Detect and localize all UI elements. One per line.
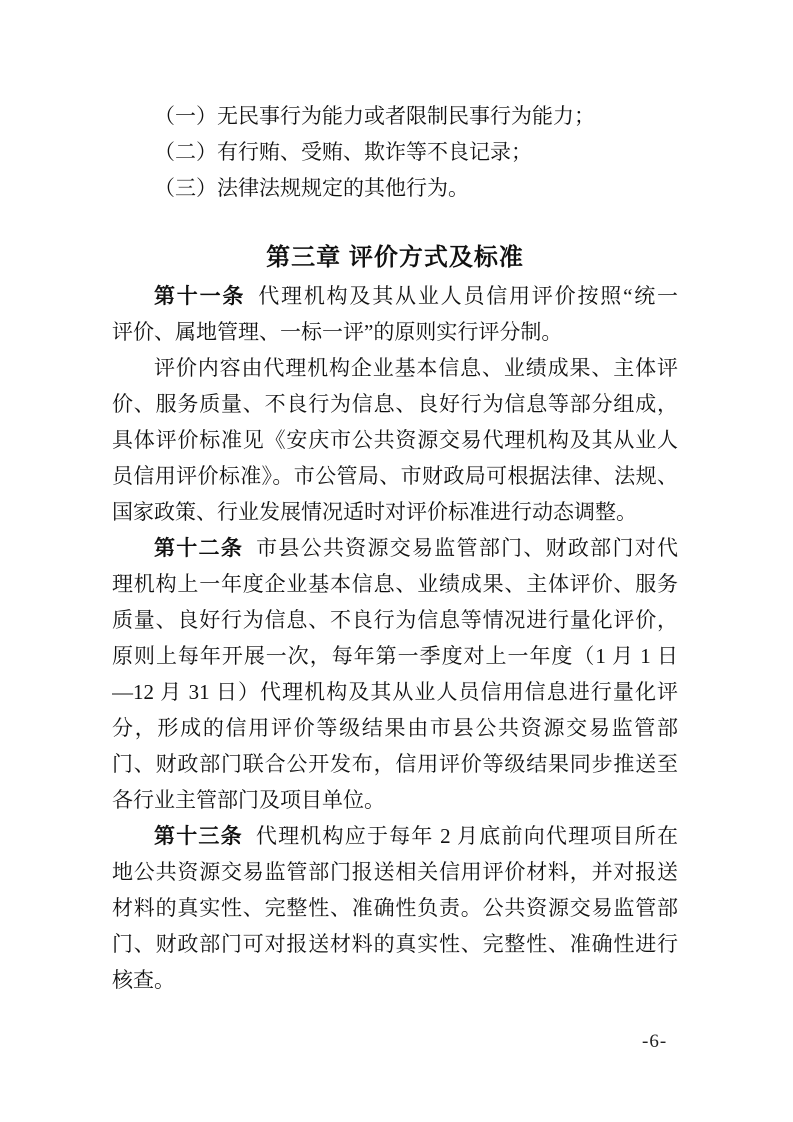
text-line: —12 月 31 日）代理机构及其从业人员信用信息进行量化评 [112, 674, 678, 710]
text-line: 国家政策、行业发展情况适时对评价标准进行动态调整。 [112, 494, 678, 530]
body-text: 理机构上一年度企业基本信息、业绩成果、主体评价、服务 [112, 572, 678, 596]
clause-line: （二）有行贿、受贿、欺诈等不良记录； [112, 134, 678, 170]
page-number: -6- [642, 1031, 667, 1053]
text-line: 地公共资源交易监管部门报送相关信用评价材料，并对报送 [112, 854, 678, 890]
text-line: 员信用评价标准》。市公管局、市财政局可根据法律、法规、 [112, 458, 678, 494]
text-line: 具体评价标准见《安庆市公共资源交易代理机构及其从业人 [112, 422, 678, 458]
body-text: 地公共资源交易监管部门报送相关信用评价材料，并对报送 [112, 860, 678, 884]
text-line: 价、服务质量、不良行为信息、良好行为信息等部分组成， [112, 386, 678, 422]
body-text: 评价、属地管理、一标一评”的原则实行评分制。 [112, 320, 562, 344]
body-text: 国家政策、行业发展情况适时对评价标准进行动态调整。 [112, 500, 637, 524]
document-body: （一）无民事行为能力或者限制民事行为能力； （二）有行贿、受贿、欺诈等不良记录；… [112, 98, 678, 998]
body-text: 各行业主管部门及项目单位。 [112, 788, 385, 812]
text-line: 核查。 [112, 962, 678, 998]
body-text: 具体评价标准见《安庆市公共资源交易代理机构及其从业人 [112, 428, 678, 452]
text-line: 理机构上一年度企业基本信息、业绩成果、主体评价、服务 [112, 566, 678, 602]
body-text: 门、财政部门可对报送材料的真实性、完整性、准确性进行 [112, 932, 678, 956]
body-text: 代理机构应于每年 2 月底前向代理项目所在 [256, 824, 678, 848]
clause-text: （二）有行贿、受贿、欺诈等不良记录； [154, 140, 532, 164]
text-line: 评价、属地管理、一标一评”的原则实行评分制。 [112, 314, 678, 350]
body-text: 材料的真实性、完整性、准确性负责。公共资源交易监管部 [112, 896, 678, 920]
text-line: 质量、良好行为信息、不良行为信息等情况进行量化评价， [112, 602, 678, 638]
clause-text: （一）无民事行为能力或者限制民事行为能力； [154, 104, 595, 128]
article-number: 第十二条 [154, 537, 243, 560]
body-text: 分，形成的信用评价等级结果由市县公共资源交易监管部 [112, 716, 678, 740]
text-line: 各行业主管部门及项目单位。 [112, 782, 678, 818]
clause-line: （一）无民事行为能力或者限制民事行为能力； [112, 98, 678, 134]
text-line: 评价内容由代理机构企业基本信息、业绩成果、主体评 [112, 350, 678, 386]
article-number: 第十三条 [154, 825, 243, 848]
body-text: 市县公共资源交易监管部门、财政部门对代 [256, 536, 678, 560]
body-text: —12 月 31 日）代理机构及其从业人员信用信息进行量化评 [112, 680, 678, 704]
chapter-heading: 第三章 评价方式及标准 [112, 238, 678, 278]
clause-line: （三）法律法规规定的其他行为。 [112, 170, 678, 206]
body-text: 员信用评价标准》。市公管局、市财政局可根据法律、法规、 [112, 464, 678, 488]
text-line: 门、财政部门可对报送材料的真实性、完整性、准确性进行 [112, 926, 678, 962]
text-line: 第十三条代理机构应于每年 2 月底前向代理项目所在 [112, 818, 678, 854]
text-line: 分，形成的信用评价等级结果由市县公共资源交易监管部 [112, 710, 678, 746]
text-line: 原则上每年开展一次，每年第一季度对上一年度（1 月 1 日 [112, 638, 678, 674]
body-text: 原则上每年开展一次，每年第一季度对上一年度（1 月 1 日 [112, 644, 678, 668]
body-text: 价、服务质量、不良行为信息、良好行为信息等部分组成， [112, 392, 678, 416]
text-line: 第十二条市县公共资源交易监管部门、财政部门对代 [112, 530, 678, 566]
text-line: 第十一条代理机构及其从业人员信用评价按照“统一 [112, 278, 678, 314]
body-text: 质量、良好行为信息、不良行为信息等情况进行量化评价， [112, 608, 678, 632]
body-text: 门、财政部门联合公开发布，信用评价等级结果同步推送至 [112, 752, 678, 776]
article-number: 第十一条 [154, 285, 245, 308]
document-page: （一）无民事行为能力或者限制民事行为能力； （二）有行贿、受贿、欺诈等不良记录；… [0, 0, 793, 1122]
text-line: 门、财政部门联合公开发布，信用评价等级结果同步推送至 [112, 746, 678, 782]
body-text: 核查。 [112, 968, 175, 992]
body-text: 代理机构及其从业人员信用评价按照“统一 [258, 284, 678, 308]
clause-text: （三）法律法规规定的其他行为。 [154, 176, 469, 200]
body-text: 评价内容由代理机构企业基本信息、业绩成果、主体评 [154, 356, 678, 380]
text-line: 材料的真实性、完整性、准确性负责。公共资源交易监管部 [112, 890, 678, 926]
